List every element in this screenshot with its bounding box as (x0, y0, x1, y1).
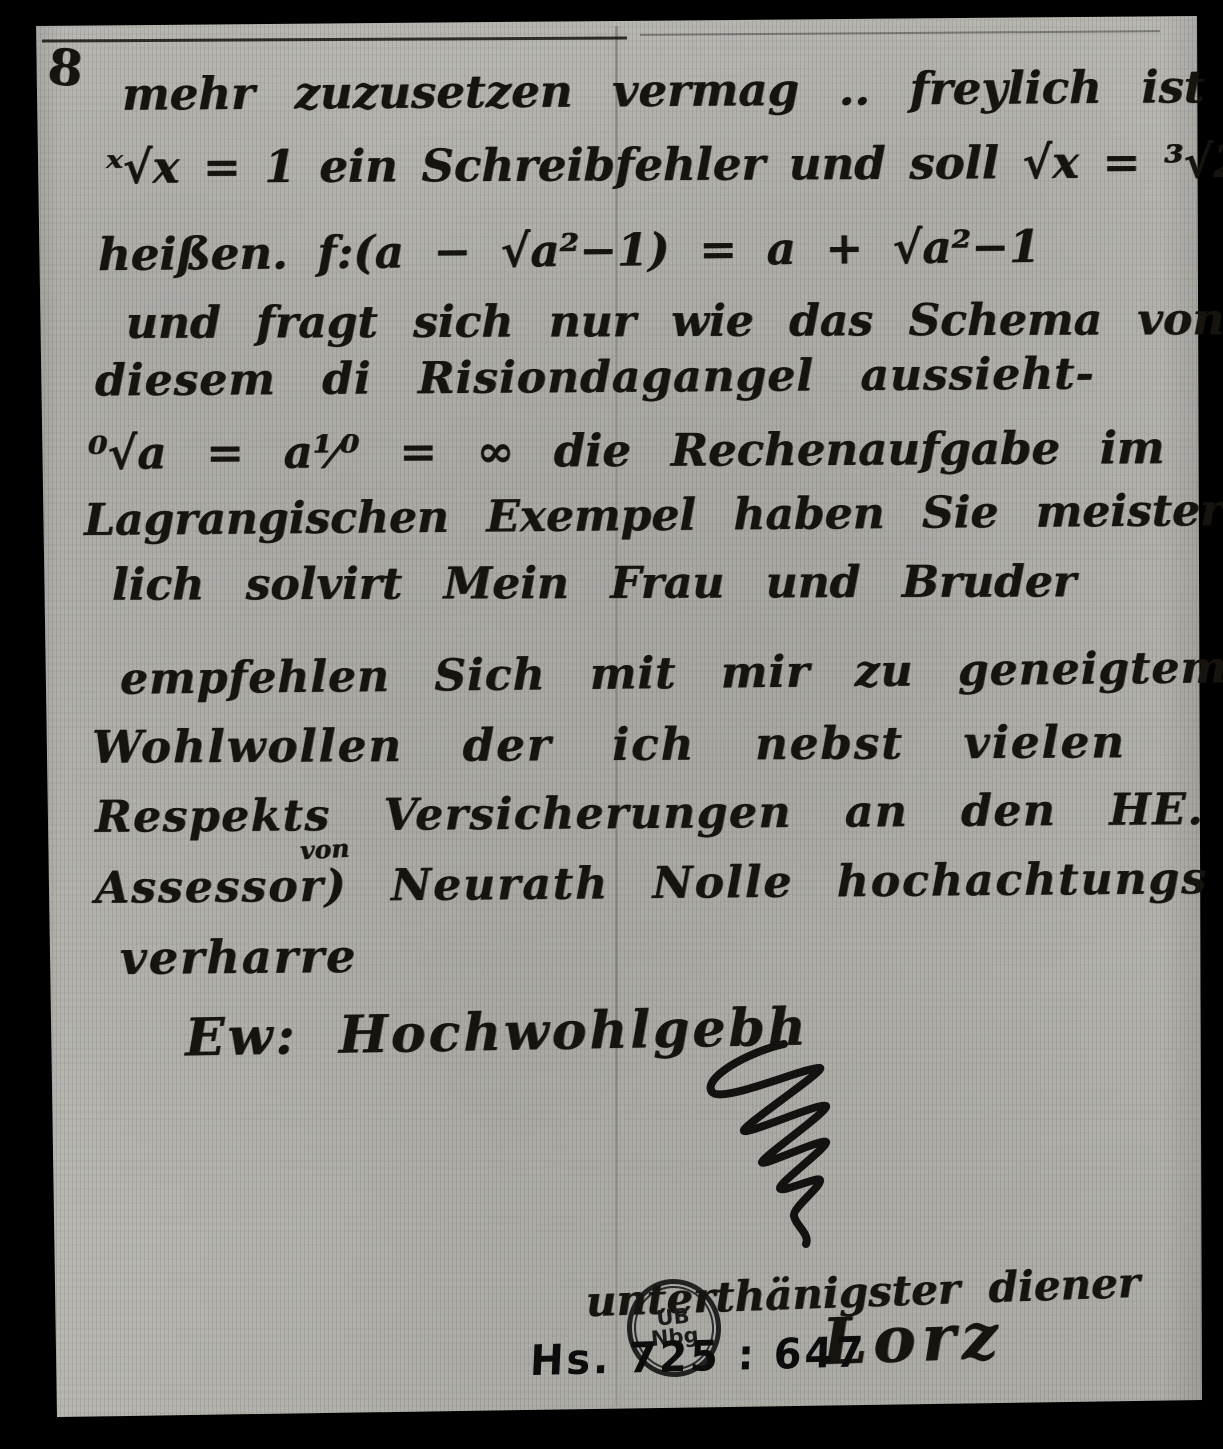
manuscript-line: verharre (120, 929, 358, 985)
manuscript-line-formula: ⁰√a = a¹⁄⁰ = ∞ die Rechenaufgabe im (88, 421, 1165, 480)
manuscript-line: Assessor) Neurath Nolle hochachtungs (95, 853, 1208, 914)
manuscript-line: Respekts Versicherungen an den HE. (95, 784, 1204, 843)
folio-number: 8 (45, 36, 86, 98)
shelfmark-label: Hs. 725 : 647 (529, 1328, 867, 1385)
manuscript-line-formula: ˣ√x = 1 ein Schreibfehler und soll √x = … (106, 135, 1223, 194)
signature-flourish (688, 1038, 843, 1253)
manuscript-line: Lagrangischen Exempel haben Sie meister- (84, 485, 1223, 546)
manuscript-line: mehr zuzusetzen vermag .. freylich ist (122, 60, 1205, 121)
manuscript-line: diesem di Risiondagangel aussieht- (95, 349, 1095, 407)
manuscript-line: Wohlwollen der ich nebst vielen (92, 715, 1126, 773)
stamp-text-top: UB (656, 1307, 691, 1330)
manuscript-line: lich solvirt Mein Frau und Bruder (112, 556, 1076, 610)
manuscript-line: und fragt sich nur wie das Schema von (126, 294, 1223, 349)
manuscript-line-formula: heißen. f:(a − √a²−1) = a + √a²−1 (98, 220, 1041, 281)
scanned-letter-page: 8 mehr zuzusetzen vermag .. freylich ist… (0, 0, 1223, 1449)
interlinear-insertion: von (299, 834, 350, 866)
